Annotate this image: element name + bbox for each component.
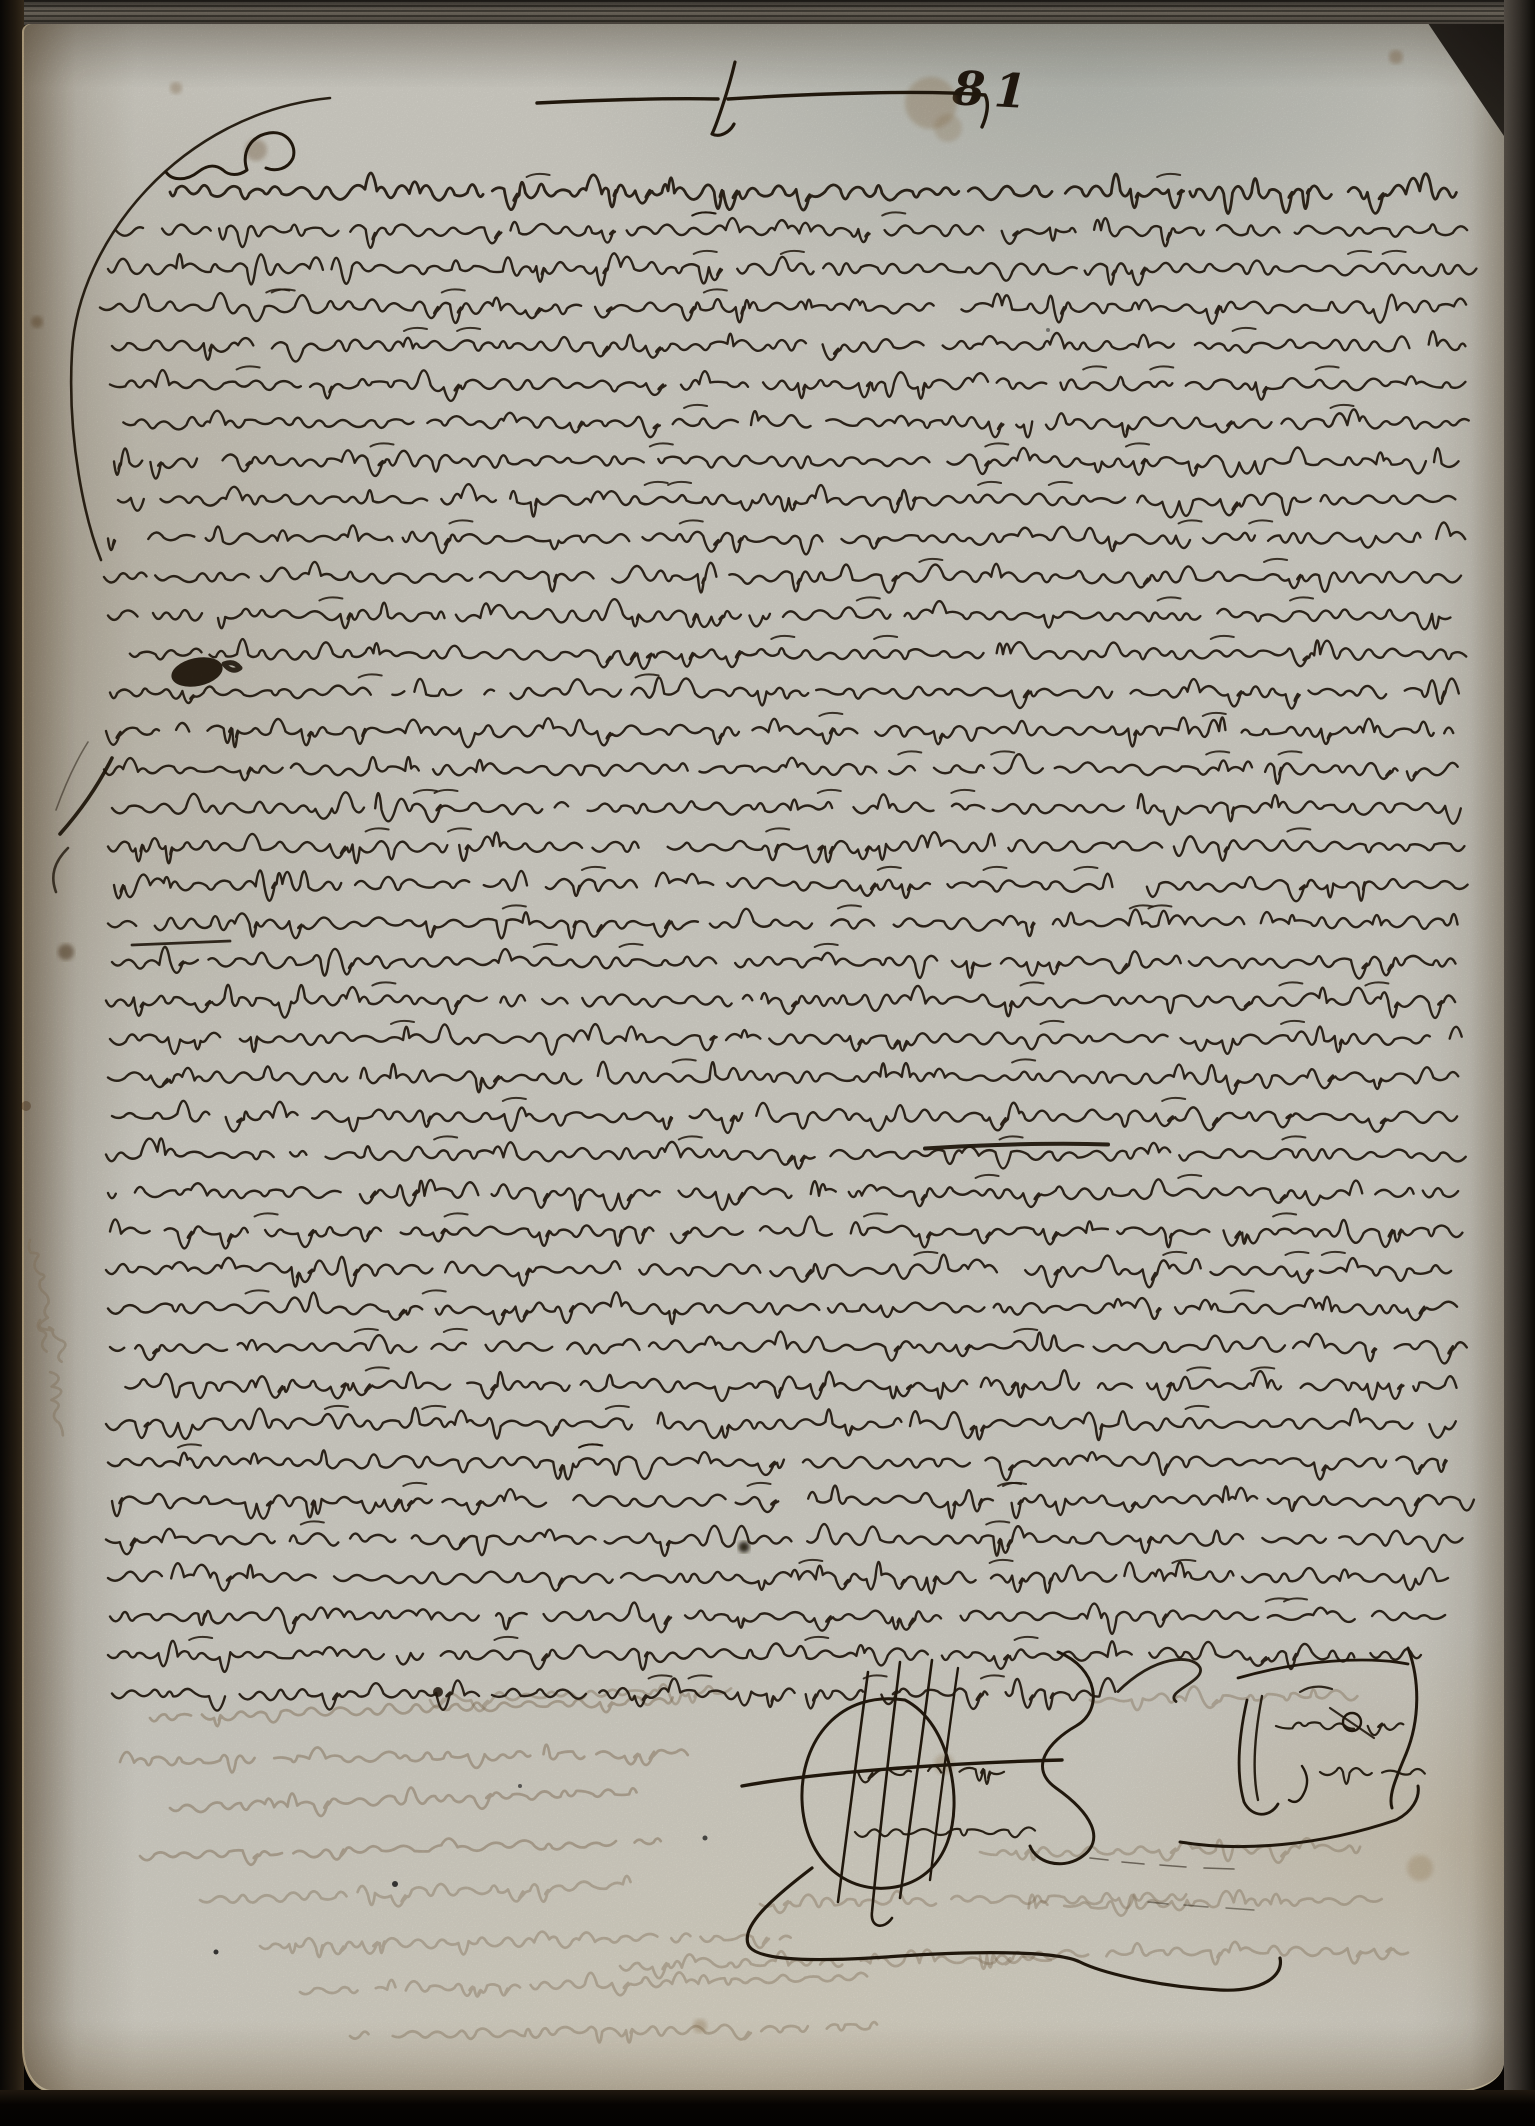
ink-layer (0, 0, 1535, 2126)
manuscript-photograph: { "document": { "kind": "bound manuscrip… (0, 0, 1535, 2126)
photo-bottom-edge (0, 2090, 1535, 2126)
paper-grain (24, 24, 1504, 2090)
